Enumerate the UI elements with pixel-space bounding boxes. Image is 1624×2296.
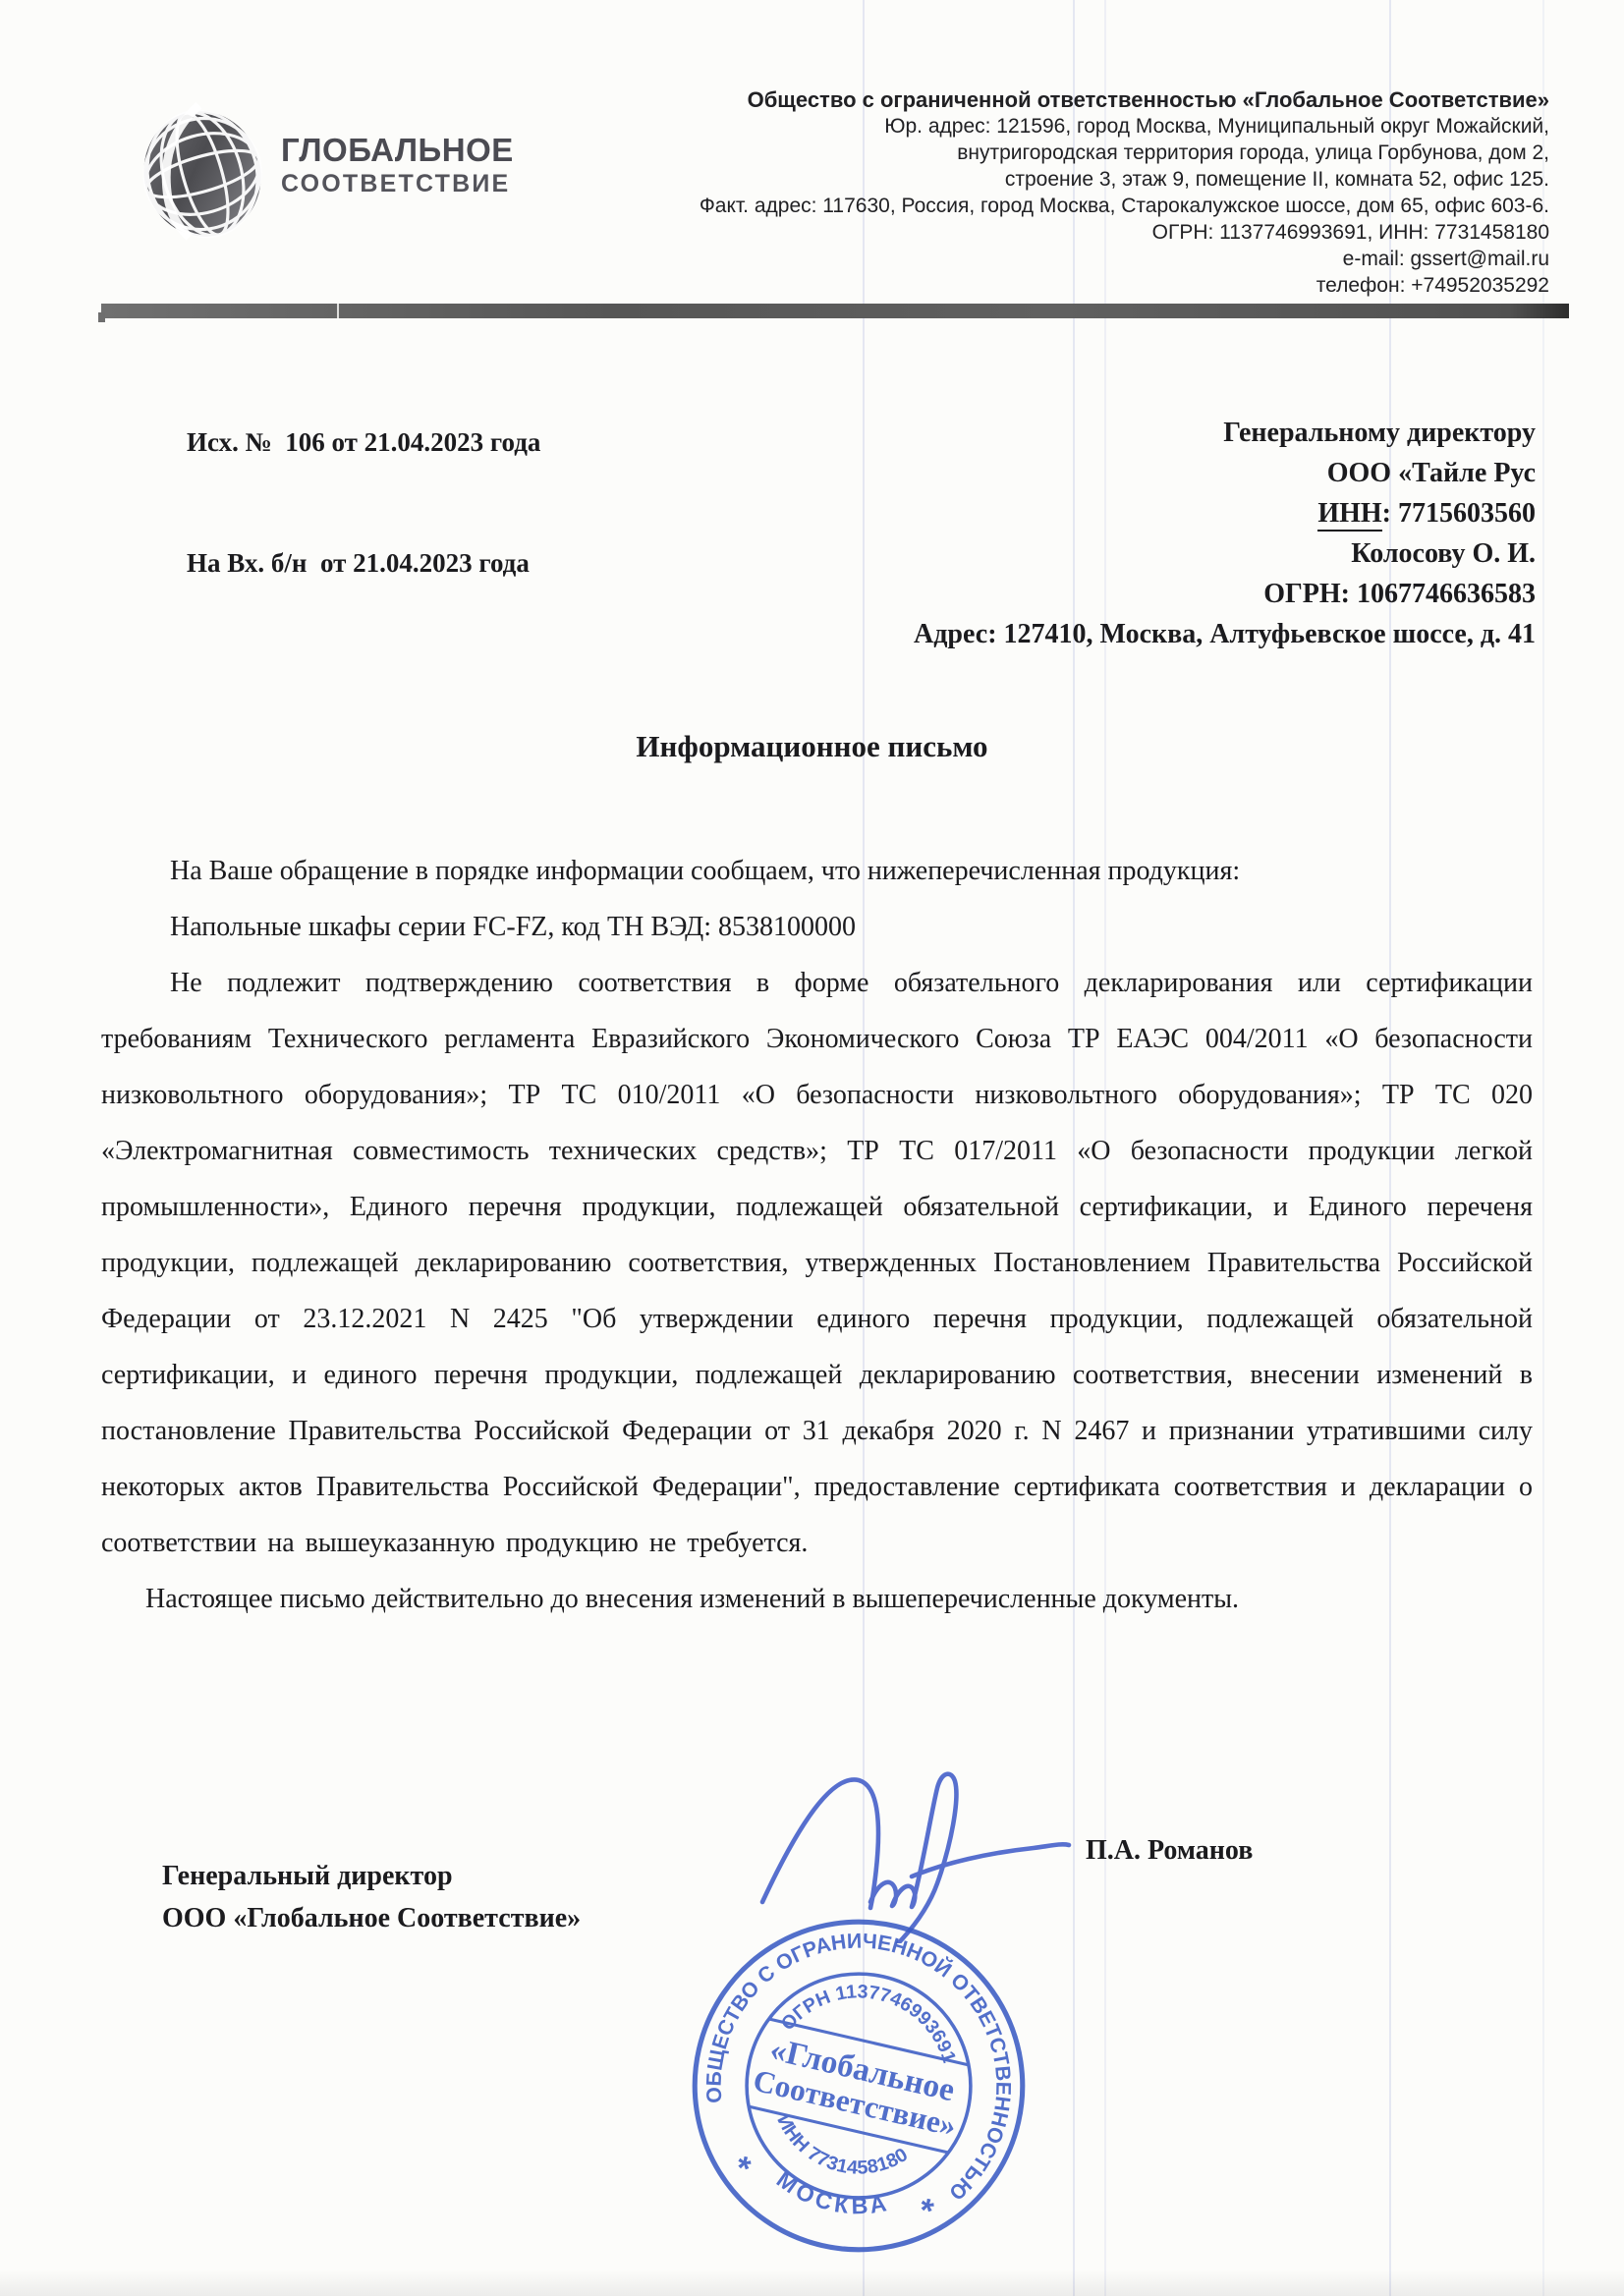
body-paragraph-4: Настоящее письмо действительно до внесен… (101, 1571, 1533, 1627)
signer-position-block: Генеральный директор ООО «Глобальное Соо… (162, 1855, 581, 1939)
recipient-person: Колосову О. И. (914, 533, 1536, 574)
company-phone: телефон: +74952035292 (700, 272, 1549, 299)
company-actual-address: Факт. адрес: 117630, Россия, город Москв… (700, 193, 1549, 219)
logo-wordmark: ГЛОБАЛЬНОЕ СООТВЕТСТВИЕ (281, 134, 514, 196)
company-logo: ГЛОБАЛЬНОЕ СООТВЕТСТВИЕ (126, 94, 499, 256)
recipient-position: Генеральному директору (914, 413, 1536, 453)
letterhead-divider-bar (101, 304, 1569, 318)
body-paragraph-1: На Ваше обращение в порядке информации с… (101, 843, 1533, 899)
logo-line-1: ГЛОБАЛЬНОЕ (281, 134, 514, 166)
body-paragraph-3: Не подлежит подтверждению соответствия в… (101, 955, 1533, 1571)
company-name: Общество с ограниченной ответственностью… (700, 86, 1549, 113)
company-email: e-mail: gssert@mail.ru (700, 246, 1549, 272)
signer-position-2: ООО «Глобальное Соответствие» (162, 1897, 581, 1939)
scanned-letter-page: ГЛОБАЛЬНОЕ СООТВЕТСТВИЕ Общество с огран… (0, 0, 1624, 2296)
stamp-separator-left: * (733, 2150, 755, 2189)
reference-numbers: Исх. № 106 от 21.04.2023 года На Вх. б/н… (187, 342, 540, 664)
recipient-block: Генеральному директору ООО «Тайле Рус ИН… (914, 413, 1536, 654)
recipient-address: Адрес: 127410, Москва, Алтуфьевское шосс… (914, 614, 1536, 654)
company-legal-address-1: Юр. адрес: 121596, город Москва, Муницип… (700, 113, 1549, 140)
recipient-ogrn: ОГРН: 1067746636583 (914, 574, 1536, 614)
company-info-block: Общество с ограниченной ответственностью… (700, 86, 1549, 299)
company-legal-address-3: строение 3, этаж 9, помещение II, комнат… (700, 166, 1549, 193)
document-title: Информационное письмо (0, 729, 1624, 764)
stamp-separator-right: * (916, 2192, 937, 2231)
company-legal-address-2: внутригородская территория города, улица… (700, 140, 1549, 166)
signer-name: П.А. Романов (1086, 1835, 1253, 1867)
logo-line-2: СООТВЕТСТВИЕ (281, 172, 514, 196)
recipient-company: ООО «Тайле Рус (914, 453, 1536, 493)
recipient-inn-value: : 7715603560 (1382, 498, 1536, 529)
outgoing-ref: Исх. № 106 от 21.04.2023 года (187, 422, 540, 463)
company-round-stamp: ОБЩЕСТВО С ОГРАНИЧЕННОЙ ОТВЕТСТВЕННОСТЬЮ… (681, 1908, 1036, 2264)
body-paragraph-2: Напольные шкафы серии FC-FZ, код ТН ВЭД:… (101, 899, 1533, 955)
signer-position-1: Генеральный директор (162, 1855, 581, 1897)
recipient-inn-label: ИНН (1317, 498, 1381, 532)
recipient-inn-line: ИНН: 7715603560 (914, 493, 1536, 533)
letter-body: На Ваше обращение в порядке информации с… (101, 843, 1533, 1627)
globe-grid-icon (132, 98, 279, 253)
scan-edge-shadow (0, 2270, 1624, 2296)
incoming-ref: На Вх. б/н от 21.04.2023 года (187, 543, 540, 584)
company-ogrn-inn: ОГРН: 1137746993691, ИНН: 7731458180 (700, 219, 1549, 246)
scan-streak (1542, 0, 1544, 2296)
